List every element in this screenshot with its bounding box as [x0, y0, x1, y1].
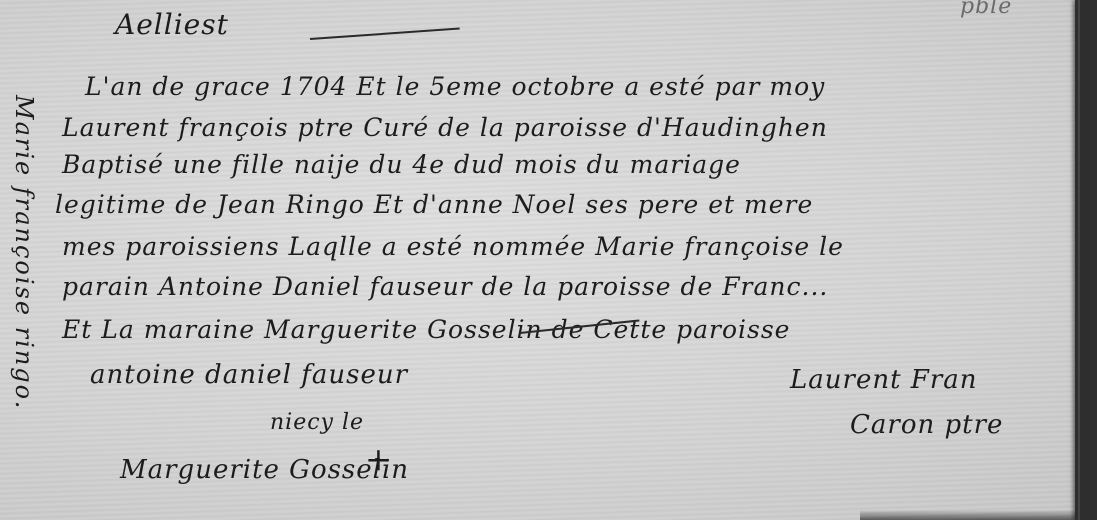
book-binding-edge: [1075, 0, 1097, 520]
signature-priest-line1: Laurent Fran: [790, 365, 978, 395]
record-line-6: parain Antoine Daniel fauseur de la paro…: [62, 272, 828, 301]
header-title-fragment: Aelliest: [115, 8, 229, 41]
record-line-4: legitime de Jean Ringo Et d'anne Noel se…: [55, 190, 813, 219]
header-underline: [310, 28, 460, 40]
register-page: Aelliest pble Marie françoise ringo. L'a…: [0, 0, 1097, 520]
margin-note-child-name: Marie françoise ringo.: [10, 95, 38, 410]
record-line-5: mes paroissiens Laqlle a esté nommée Mar…: [62, 232, 844, 261]
signature-priest-line2: Caron ptre: [850, 410, 1003, 440]
page-bottom-shadow: [860, 510, 1097, 520]
record-line-1: L'an de grace 1704 Et le 5eme octobre a …: [85, 72, 825, 101]
top-right-fragment: pble: [960, 0, 1012, 19]
record-line-7: Et La maraine Marguerite Gosselin de Cet…: [62, 315, 790, 344]
godmother-note: niecy le: [270, 410, 364, 435]
godmother-cross-mark: +: [365, 440, 393, 478]
record-line-2: Laurent françois ptre Curé de la paroiss…: [62, 113, 828, 142]
signature-godfather: antoine daniel fauseur: [90, 360, 408, 390]
record-line-3: Baptisé une fille naije du 4e dud mois d…: [62, 150, 741, 179]
